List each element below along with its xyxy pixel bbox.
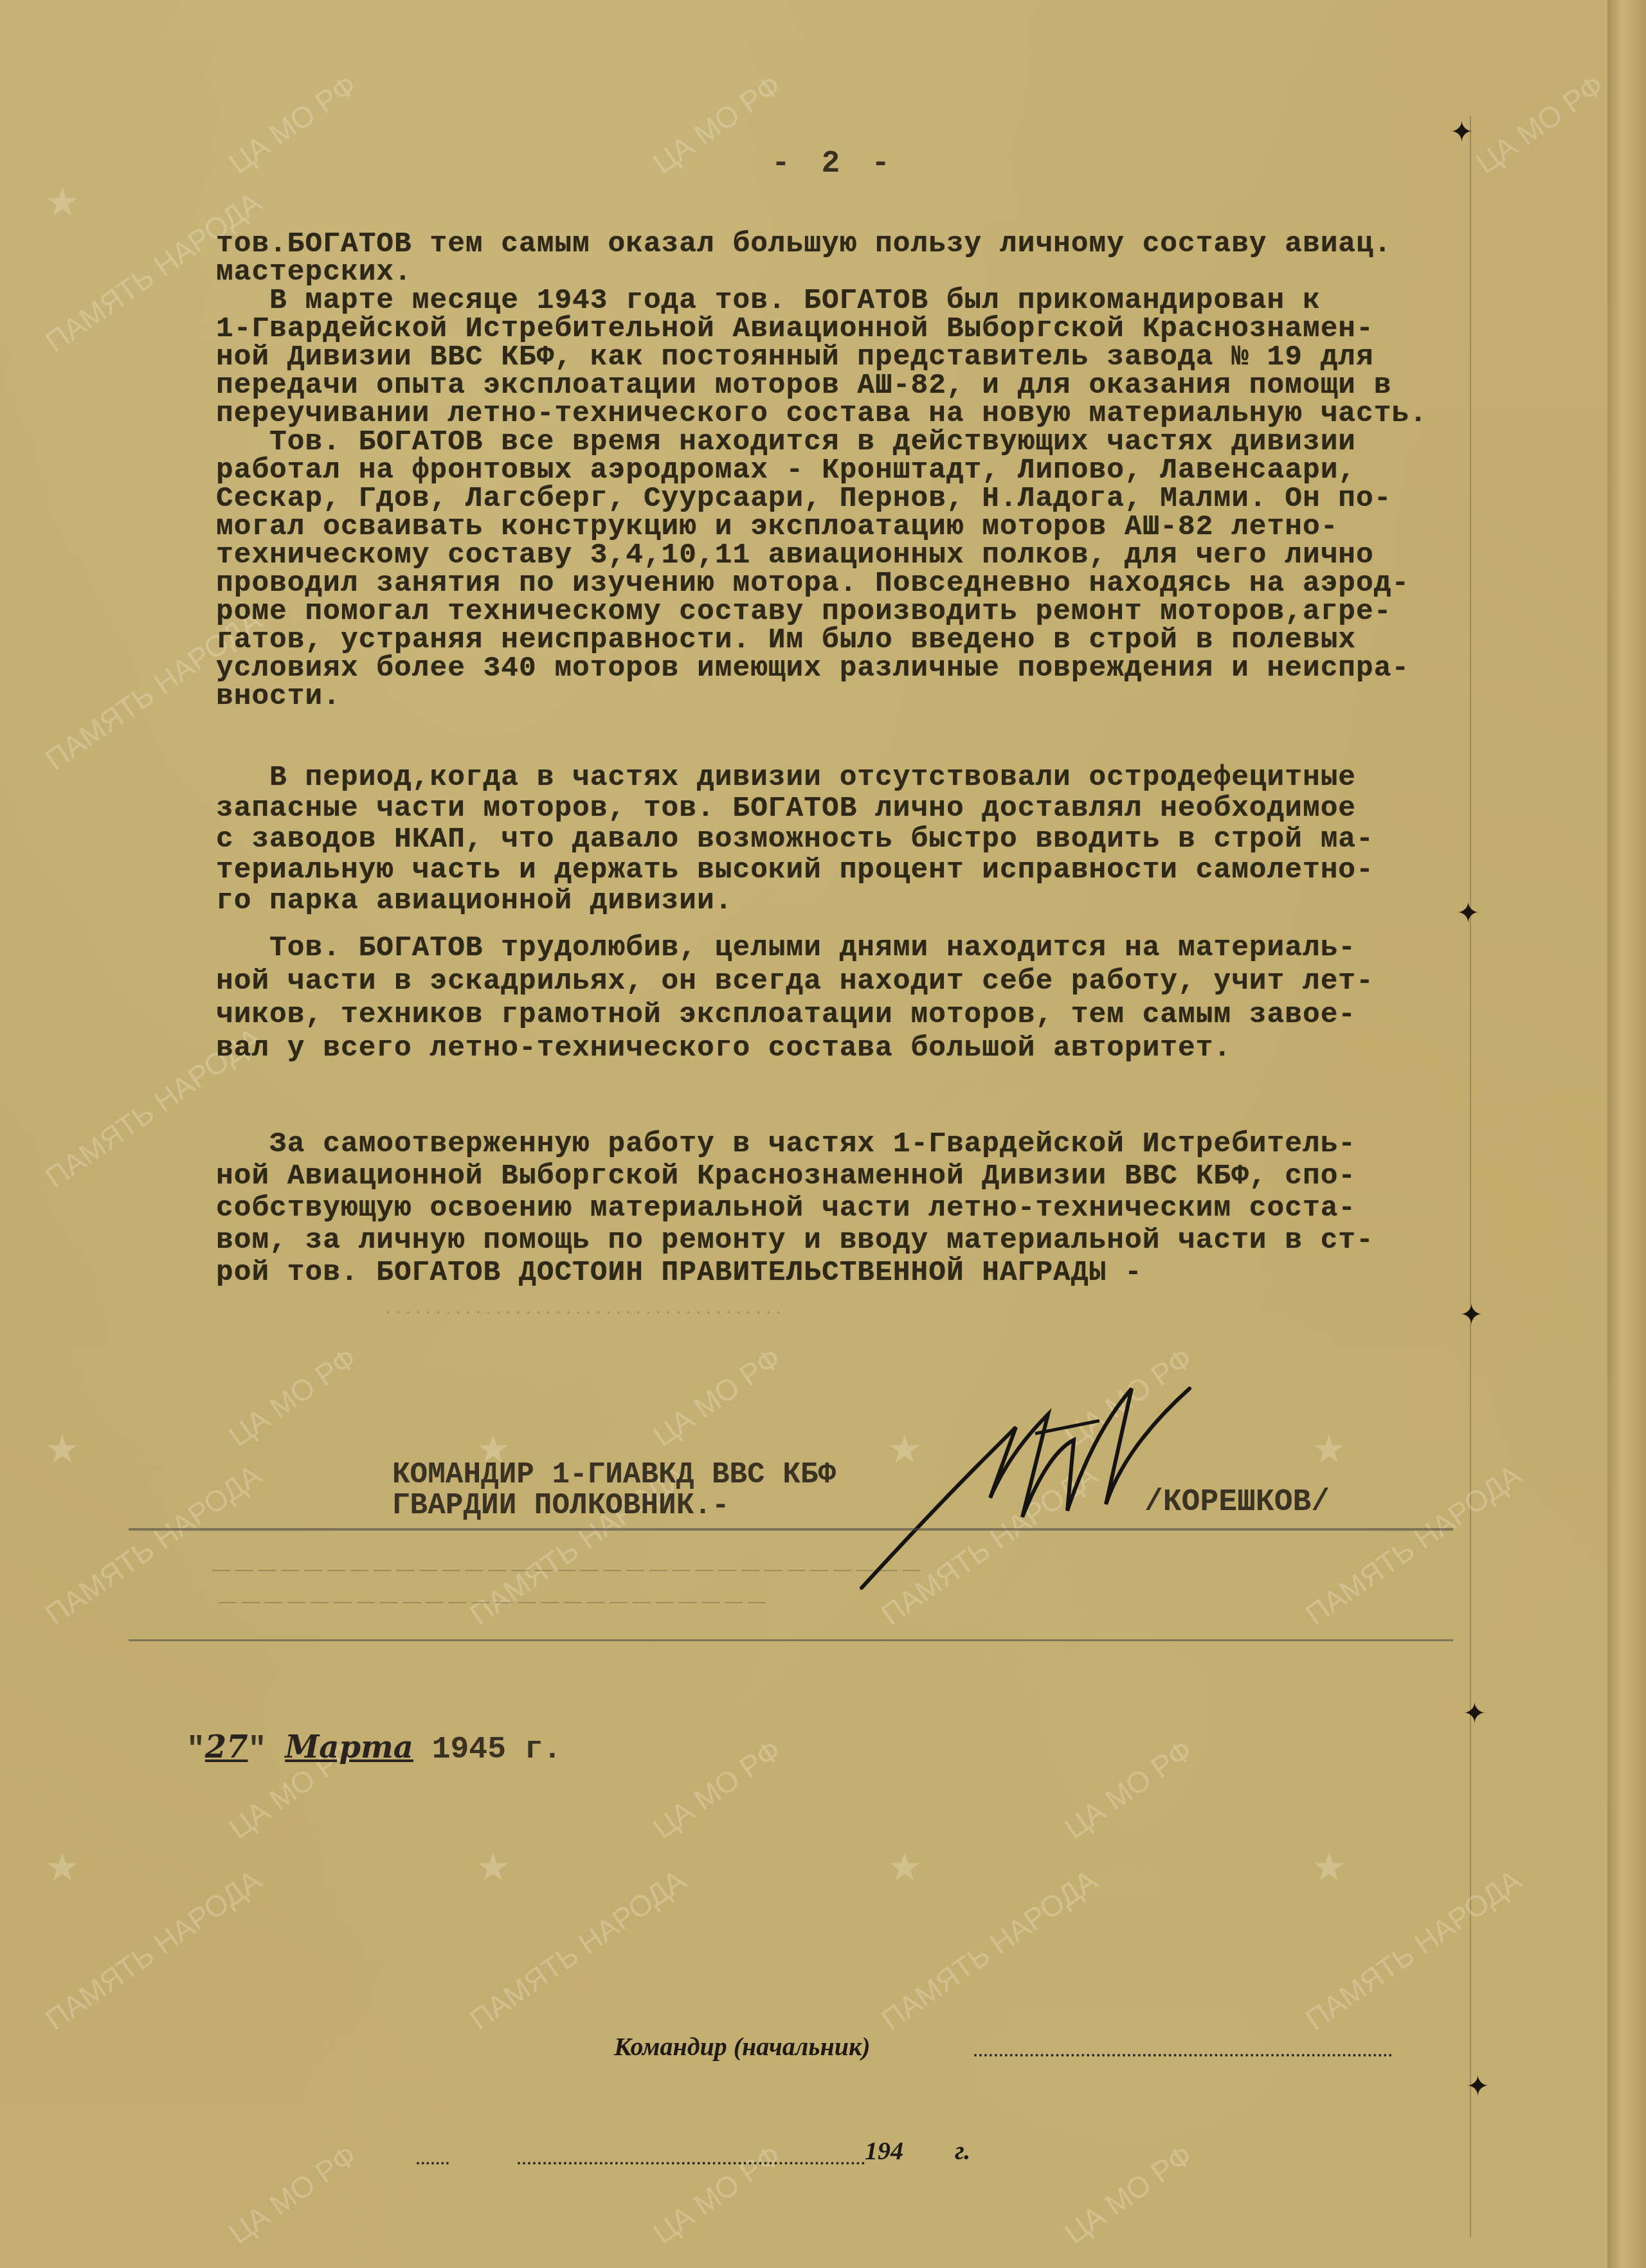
signatory-name: /КОРЕШКОВ/ (1144, 1485, 1330, 1520)
year-prefix: 194 (865, 2136, 903, 2166)
text-line: За самоотверженную работу в частях 1-Гва… (216, 1128, 1646, 1160)
text-line: запасные части моторов, тов. БОГАТОВ лич… (216, 793, 1646, 825)
text-line: техническому составу 3,4,10,11 авиационн… (216, 539, 1646, 571)
punch-hole-icon: ✦ (1463, 1697, 1479, 1719)
text-line: 1-Гвардейской Истребительной Авиационной… (216, 313, 1646, 345)
text-line: переучивании летно-технического состава … (216, 398, 1646, 430)
text-line: Сескар, Гдов, Лагсберг, Суурсаари, Перно… (216, 483, 1646, 515)
text-line: вом, за личную помощь по ремонту и вводу… (216, 1225, 1646, 1257)
date-year: 1945 г. (432, 1733, 562, 1767)
text-line: мастерских. (216, 256, 1646, 289)
page-number: - 2 - (772, 147, 896, 181)
text-line: рой тов. БОГАТОВ ДОСТОИН ПРАВИТЕЛЬСТВЕНН… (216, 1257, 1646, 1289)
text-line: го парка авиационной дивизии. (216, 885, 1646, 917)
year-suffix: г. (955, 2136, 970, 2166)
text-line: проводил занятия по изучению мотора. Пов… (216, 568, 1646, 600)
text-line: ной Авиационной Выборгской Краснознаменн… (216, 1160, 1646, 1192)
divider (129, 1528, 1453, 1531)
text-line: могал осваивать конструкцию и эксплоатац… (216, 511, 1646, 543)
signature-title-line2: ГВАРДИИ ПОЛКОВНИК.- (392, 1490, 836, 1521)
text-line: ной части в эскадрильях, он всегда наход… (216, 966, 1646, 998)
text-line: гатов, устраняя неисправности. Им было в… (216, 624, 1646, 656)
text-line: В марте месяце 1943 года тов. БОГАТОВ бы… (216, 285, 1646, 317)
signature-title-line1: КОМАНДИР 1-ГИАВКД ВВС КБФ (392, 1459, 836, 1490)
month-field-line (518, 2162, 865, 2164)
divider (129, 1639, 1453, 1641)
text-line: ной Дивизии ВВС КБФ, как постоянный пред… (216, 341, 1646, 373)
date-month: Марта (285, 1729, 413, 1765)
text-line: работал на фронтовых аэродромах - Кроншт… (216, 455, 1646, 487)
text-line: Тов. БОГАТОВ трудолюбив, целыми днями на… (216, 932, 1646, 964)
text-line: роме помогал техническому составу произв… (216, 596, 1646, 628)
text-line: териальную часть и держать высокий проце… (216, 854, 1646, 887)
faint-form-caption: — — — — — — — — — — — — — — — — — — — — … (212, 1559, 1434, 1580)
text-line: В период,когда в частях дивизии отсутств… (216, 762, 1646, 794)
text-line: чиков, техников грамотной эксплоатации м… (216, 999, 1646, 1031)
text-line: передачи опыта эксплоатации моторов АШ-8… (216, 370, 1646, 402)
signature-title: КОМАНДИР 1-ГИАВКД ВВС КБФ ГВАРДИИ ПОЛКОВ… (392, 1459, 836, 1521)
faint-form-caption: — — — — — — — — — — — — — — — — — — — — … (219, 1591, 1183, 1612)
text-line: тов.БОГАТОВ тем самым оказал большую пол… (216, 228, 1646, 260)
text-line: с заводов НКАП, что давало возможность б… (216, 824, 1646, 856)
date-day: 27 (205, 1729, 248, 1765)
punch-hole-icon: ✦ (1466, 2070, 1483, 2092)
text-line: вал у всего летно-технического состава б… (216, 1032, 1646, 1065)
commander-label: Командир (начальник) (614, 2031, 871, 2062)
punch-hole-icon: ✦ (1450, 116, 1467, 138)
punch-hole-icon: ✦ (1460, 1299, 1476, 1320)
day-field-line (417, 2162, 449, 2164)
handwritten-signature (855, 1350, 1215, 1594)
commander-signature-line (974, 2054, 1392, 2056)
document-date: "27" Марта 1945 г. (186, 1729, 561, 1767)
faint-form-line: . . . . . . . . . . . . . . . . . . . . … (386, 1297, 1415, 1318)
text-line: Тов. БОГАТОВ все время находится в дейст… (216, 426, 1646, 458)
text-line: условиях более 340 моторов имеющих разли… (216, 652, 1646, 685)
text-line: вности. (216, 681, 1646, 713)
text-line: собствующую освоению материальной части … (216, 1192, 1646, 1225)
